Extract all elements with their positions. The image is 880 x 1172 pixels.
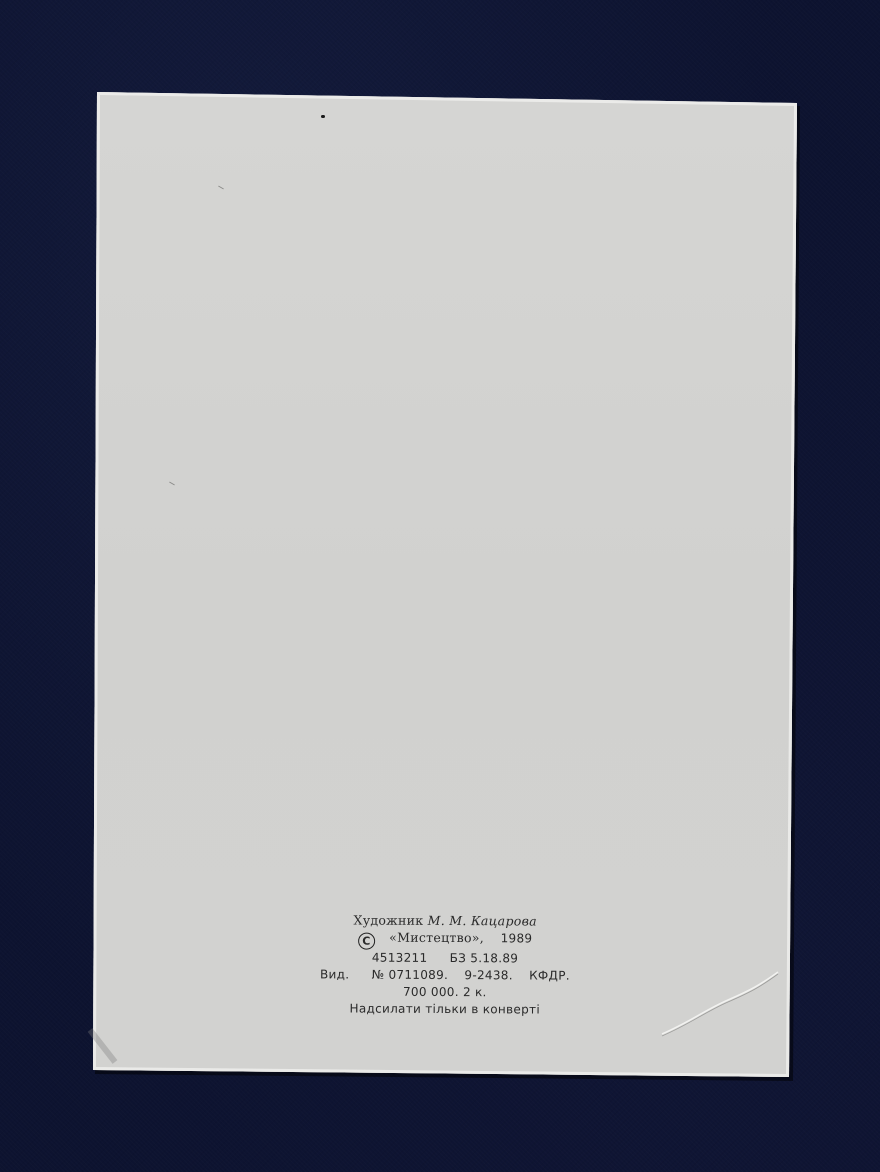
artist-label: Художник (353, 913, 423, 928)
order-number: 9-2438. (464, 968, 512, 982)
printer-name: КФДР. (529, 968, 570, 982)
edition-number: 0711089. (388, 968, 448, 982)
print-run-line: 700 000. 2 к. (290, 983, 600, 1002)
publisher-imprint: Художник М. М. Кацарова C «Мистецтво», 1… (290, 911, 601, 1019)
copyright-icon: C (358, 933, 375, 950)
mailing-note: Надсилати тільки в конверті (290, 1000, 600, 1019)
edition-line: Вид. № 0711089. 9-2438. КФДР. (290, 966, 600, 985)
codes-line: 4513211 БЗ 5.18.89 (290, 949, 600, 968)
artist-line: Художник М. М. Кацарова (290, 911, 600, 930)
publication-year: 1989 (501, 931, 533, 945)
catalog-code: 4513211 (372, 951, 428, 965)
index-code: БЗ 5.18.89 (450, 951, 519, 965)
copyright-line: C «Мистецтво», 1989 (290, 928, 600, 951)
publisher-name: «Мистецтво», (389, 930, 484, 945)
artist-name: М. М. Кацарова (428, 913, 537, 929)
number-sign: № (372, 968, 385, 982)
edition-label: Вид. (320, 967, 349, 981)
ink-speck (321, 115, 325, 118)
